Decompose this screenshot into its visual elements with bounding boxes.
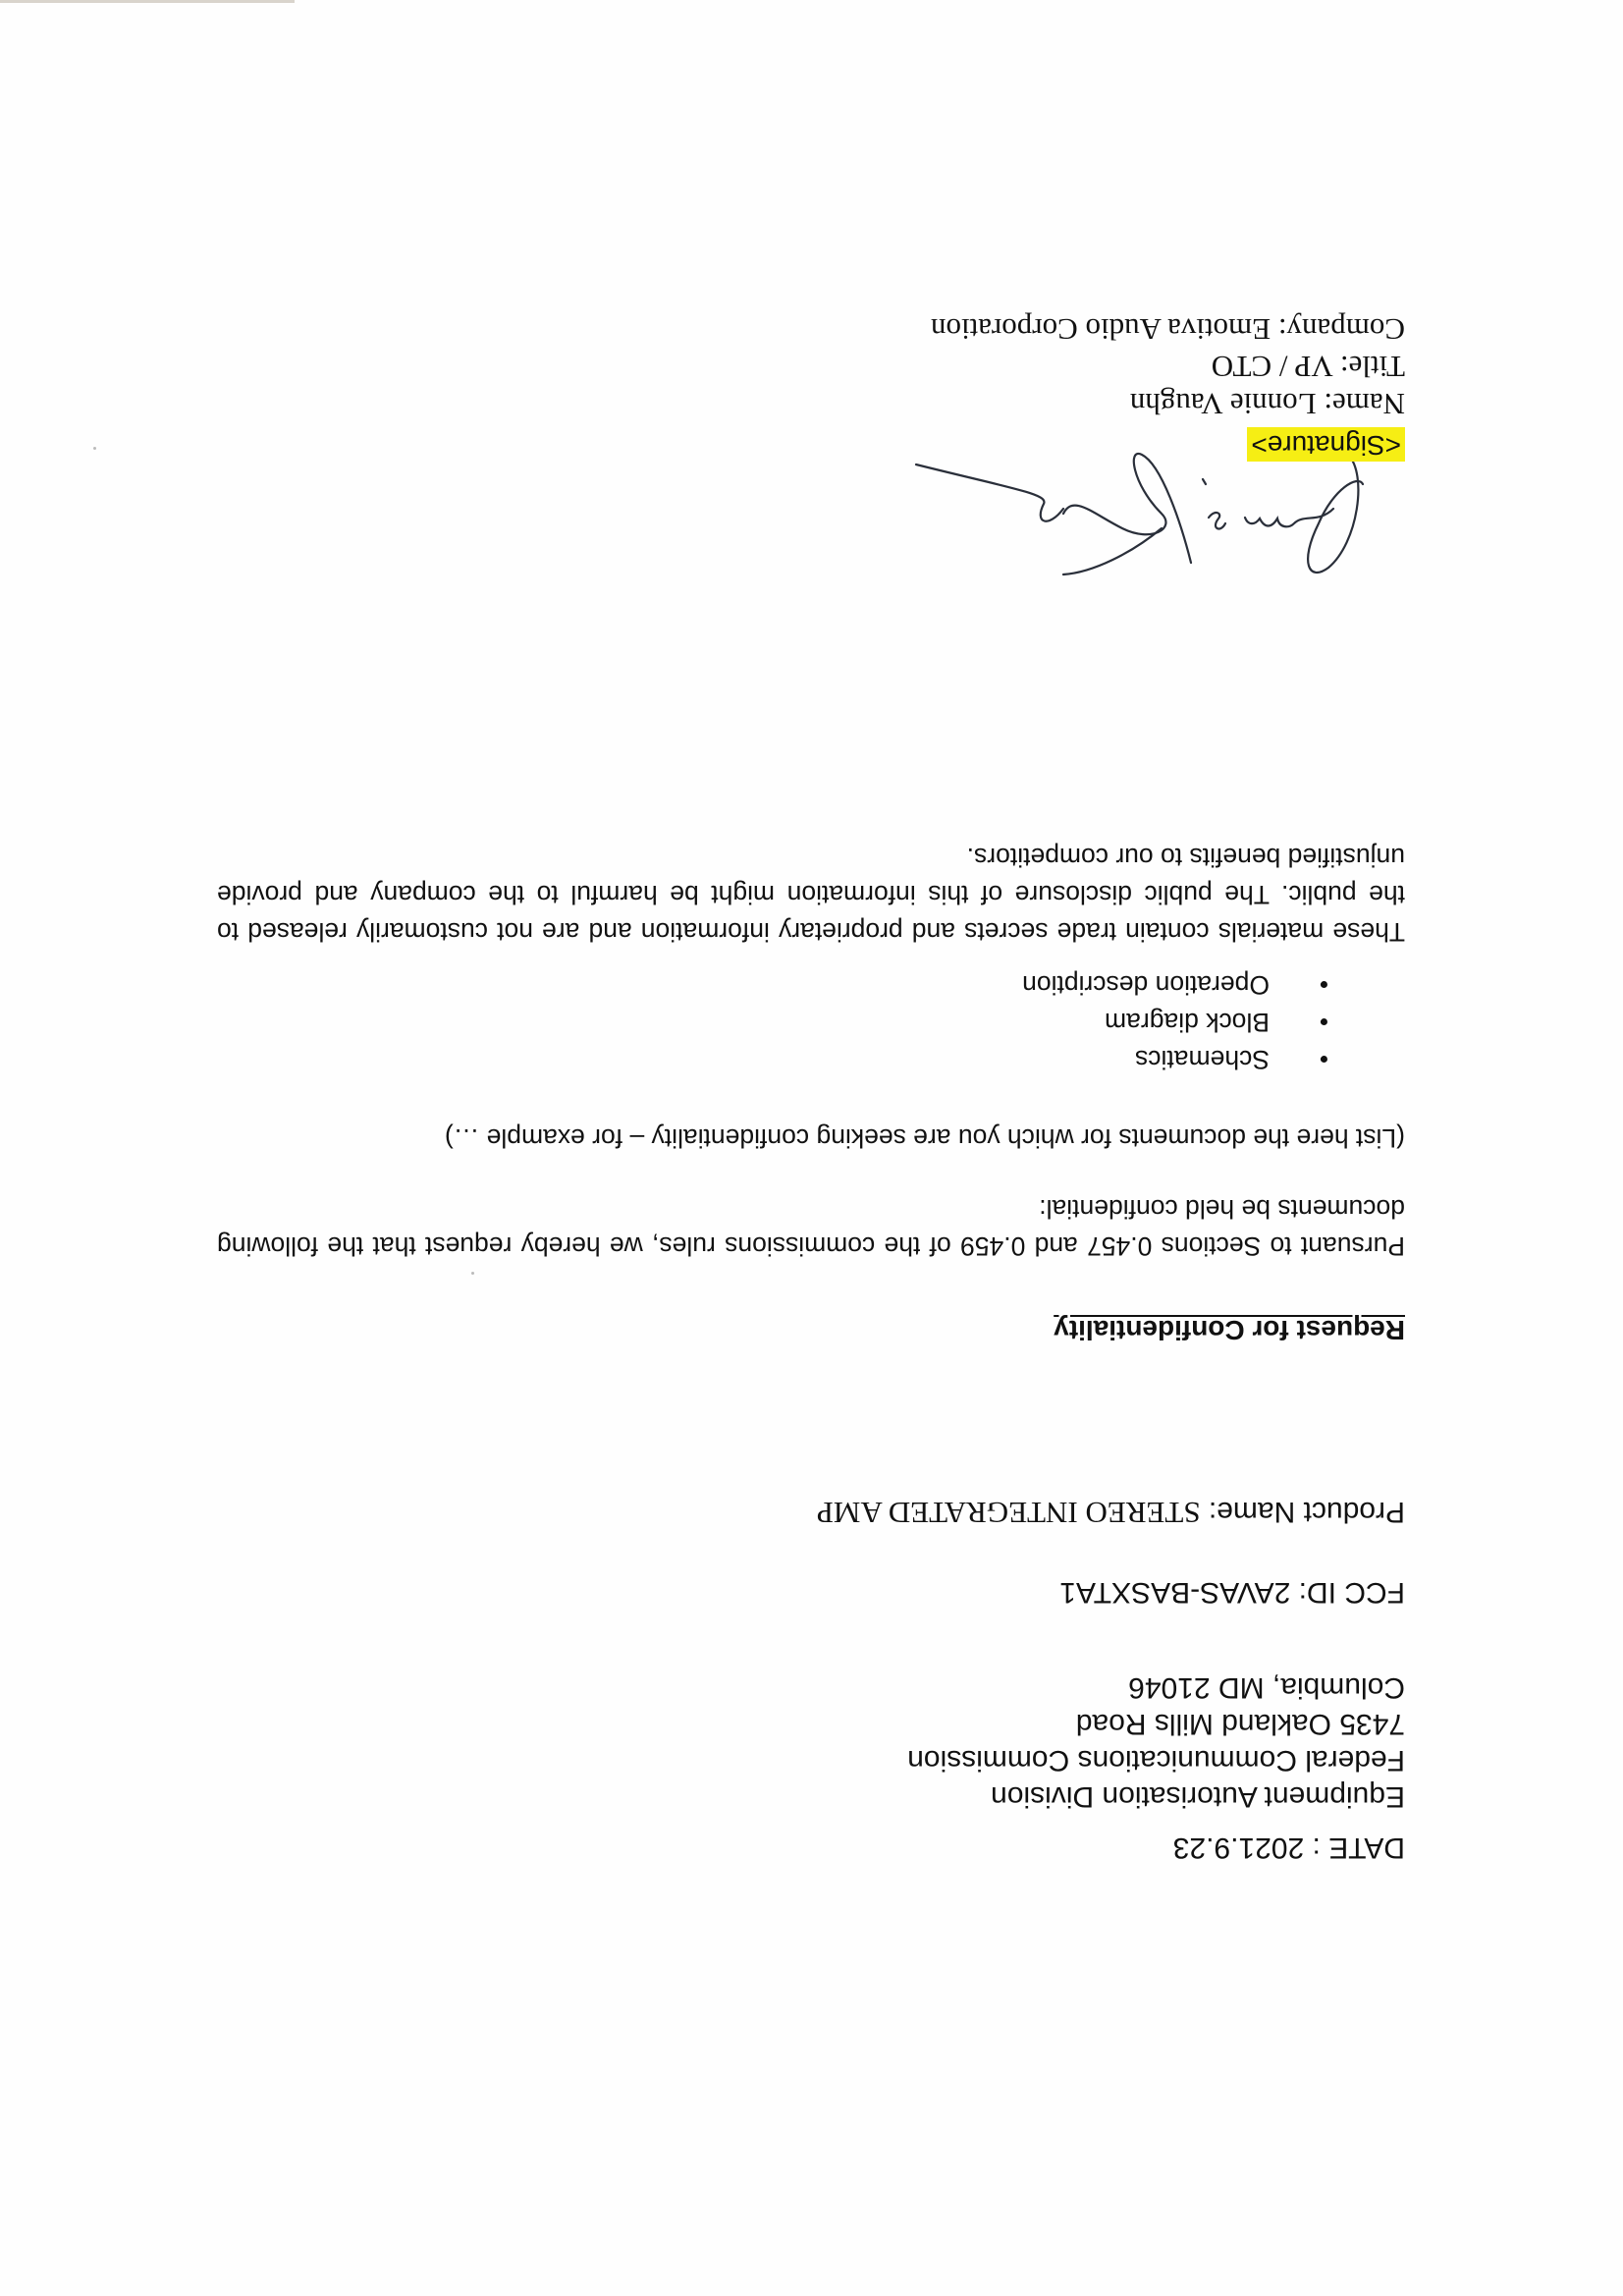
instruction-paragraph: (List here the documents for which you a… [217, 1120, 1405, 1157]
signatory-company: Company: Emotiva Audio Corporation [931, 310, 1405, 348]
product-label: Product Name: [1201, 1496, 1405, 1528]
address-line: Federal Communications Commission [907, 1742, 1405, 1778]
date-line: DATE : 2021.9.23 [1173, 1831, 1405, 1864]
scan-speck [471, 1272, 474, 1275]
signatory-block: Name: Lonnie Vaughn Title: VP / CTO Comp… [931, 310, 1405, 422]
section-heading: Request for Confidentiality [1054, 1314, 1405, 1345]
list-item: Schematics [1022, 1041, 1328, 1078]
recipient-address: Equipment Autorisation Division Federal … [907, 1669, 1405, 1815]
product-value: STEREO INTEGRATED AMP [817, 1496, 1201, 1530]
list-item: Operation description [1022, 966, 1328, 1004]
signatory-name: Name: Lonnie Vaughn [931, 385, 1405, 422]
signature-label: <Signature> [1247, 427, 1405, 462]
scan-speck [93, 447, 96, 450]
list-item: Block diagram [1022, 1004, 1328, 1041]
scan-edge [0, 0, 295, 3]
request-paragraph: Pursuant to Sections 0.457 and 0.459 of … [217, 1190, 1405, 1265]
address-line: Columbia, MD 21046 [907, 1669, 1405, 1706]
signatory-title: Title: VP / CTO [931, 348, 1405, 385]
product-name: Product Name: STEREO INTEGRATED AMP [817, 1495, 1405, 1530]
justification-paragraph: These materials contain trade secrets an… [217, 839, 1405, 951]
address-line: 7435 Oakland Mills Road [907, 1706, 1405, 1742]
document-list: Schematics Block diagram Operation descr… [1022, 966, 1328, 1078]
fcc-id: FCC ID: 2AVAS-BASXTA1 [1059, 1575, 1405, 1609]
document-page: DATE : 2021.9.23 Equipment Autorisation … [0, 0, 1623, 2296]
address-line: Equipment Autorisation Division [907, 1778, 1405, 1815]
